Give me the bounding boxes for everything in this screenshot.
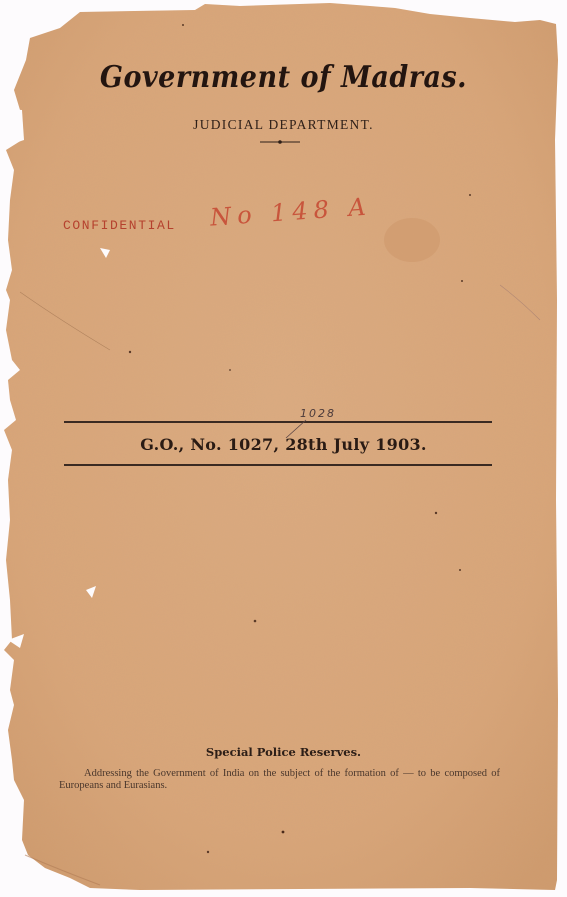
subject-title: Special Police Reserves. [0,745,567,759]
top-rule [64,421,492,423]
subject-description-text: Addressing the Government of India on th… [59,768,500,792]
document-page: Government of Madras. JUDICIAL DEPARTMEN… [0,0,567,897]
confidential-stamp: CONFIDENTIAL [63,218,176,233]
subject-description: Addressing the Government of India on th… [62,768,500,792]
government-order-reference: G.O., No. 1027, 28th July 1903. [0,435,567,454]
document-title: Government of Madras. [0,60,567,95]
ornament-divider-icon [260,140,300,144]
department-heading: JUDICIAL DEPARTMENT. [0,117,567,133]
bottom-rule [64,464,492,466]
